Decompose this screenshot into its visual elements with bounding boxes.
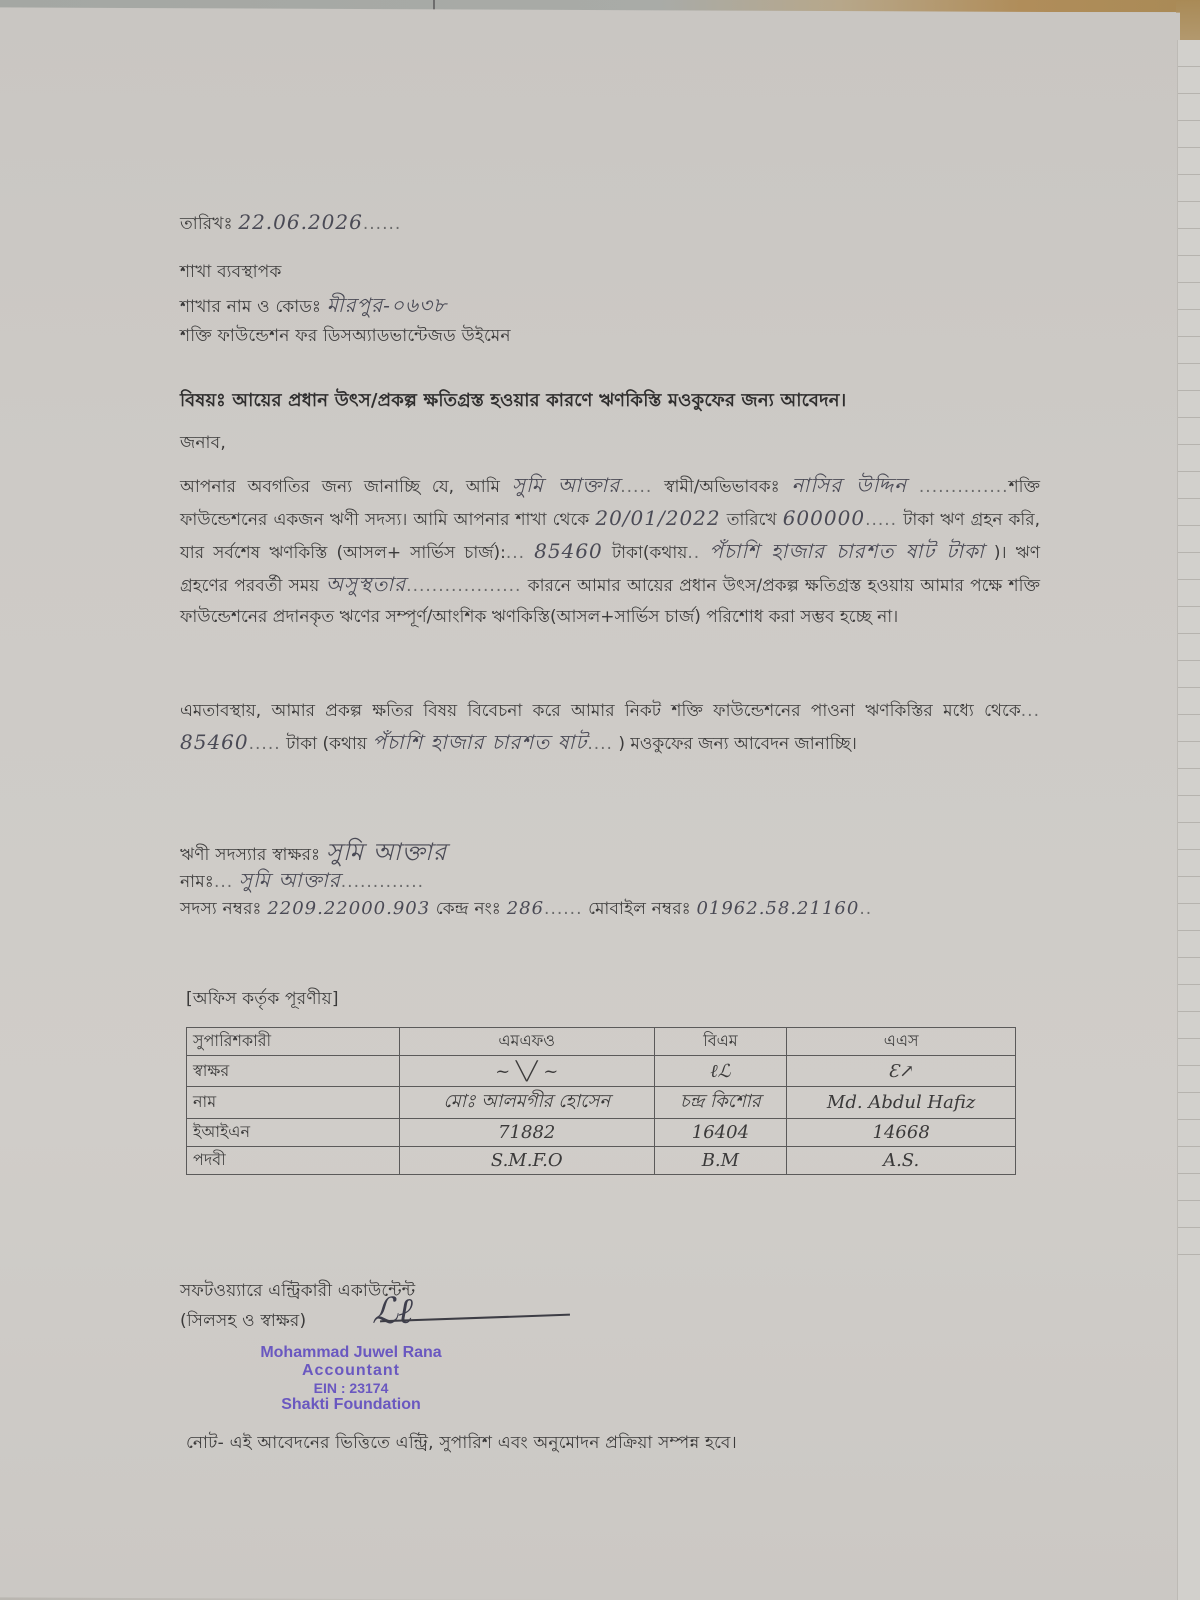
loan-date-field: 20/01/2022 <box>595 506 720 530</box>
mobile-number-value: 01962.58.21160 <box>696 898 859 919</box>
reason-field: অসুস্থতার <box>326 572 407 596</box>
member-name-field: সুমি আক্তার <box>512 473 620 497</box>
paragraph-1: আপনার অবগতির জন্য জানাচ্ছি যে, আমি সুমি … <box>180 470 1040 633</box>
member-name-line: নামঃ... সুমি আক্তার............. <box>180 866 424 899</box>
table-cell: Md. Abdul Hafiz <box>787 1087 1016 1119</box>
branch-label: শাখার নাম ও কোডঃ <box>180 297 321 317</box>
table-cell: 14668 <box>787 1119 1016 1147</box>
member-name-value: সুমি আক্তার <box>239 868 341 892</box>
table-row: স্বাক্ষর ~ ╲╱ ~ ℓℒ Ɛ↗ <box>187 1056 1016 1087</box>
stamp-name: Mohammad Juwel Rana <box>246 1344 456 1362</box>
table-cell: মোঃ আলমগীর হোসেন <box>400 1087 655 1119</box>
stamp-role: Accountant <box>246 1362 456 1380</box>
branch-line: শাখার নাম ও কোডঃ মীরপুর-০৬৩৮ <box>180 291 447 324</box>
subject-line: বিষয়ঃ আয়ের প্রধান উৎস/প্রকল্প ক্ষতিগ্র… <box>180 386 846 417</box>
document-page <box>0 7 1180 1600</box>
signature-mfo: ~ ╲╱ ~ <box>400 1056 655 1087</box>
underlying-page-edge <box>1177 40 1200 1600</box>
table-cell: 71882 <box>400 1119 655 1147</box>
member-details-line: সদস্য নম্বরঃ 2209.22000.903 কেন্দ্র নংঃ … <box>180 896 872 924</box>
table-header: সুপারিশকারী <box>187 1028 400 1056</box>
office-section-title: [অফিস কর্তৃক পূরণীয়] <box>186 986 339 1014</box>
signature-as: Ɛ↗ <box>787 1056 1016 1087</box>
date-line: তারিখঃ 22.06.2026...... <box>180 210 401 239</box>
date-label: তারিখঃ <box>180 214 233 234</box>
accountant-stamp: Mohammad Juwel Rana Accountant EIN : 231… <box>246 1344 456 1414</box>
organization-name: শক্তি ফাউন্ডেশন ফর ডিসঅ্যাডভান্টেজড উইমে… <box>180 323 511 351</box>
table-header: বিএম <box>654 1028 787 1056</box>
loan-amount-field: 600000 <box>783 506 865 530</box>
table-cell: B.M <box>654 1147 787 1175</box>
table-cell: A.S. <box>787 1147 1016 1175</box>
accountant-subtitle: (সিলসহ ও স্বাক্ষর) <box>180 1308 306 1336</box>
member-signature: সুমি আক্তার <box>326 838 447 866</box>
table-cell: S.M.F.O <box>400 1147 655 1175</box>
branch-value: মীরপুর-০৬৩৮ <box>327 293 447 317</box>
table-cell: 16404 <box>654 1119 787 1147</box>
table-header-row: সুপারিশকারী এমএফও বিএম এএস <box>187 1028 1016 1056</box>
table-cell: চন্দ্র কিশোর <box>654 1087 787 1119</box>
table-header: এএস <box>787 1028 1016 1056</box>
member-number-value: 2209.22000.903 <box>267 898 430 919</box>
guardian-name-field: নাসির উদ্দিন <box>792 473 908 497</box>
waiver-amount-field: 85460 <box>180 730 249 754</box>
center-number-value: 286 <box>507 898 544 919</box>
salutation: জনাব, <box>180 430 226 458</box>
date-value: 22.06.2026 <box>238 210 363 234</box>
paragraph-2: এমতাবস্থায়, আমার প্রকল্প ক্ষতির বিষয় ব… <box>180 696 1040 760</box>
recipient-title: শাখা ব্যবস্থাপক <box>180 259 282 287</box>
accountant-signature: ℒℓ <box>372 1290 413 1332</box>
recommendation-table: সুপারিশকারী এমএফও বিএম এএস স্বাক্ষর ~ ╲╱… <box>186 1027 1016 1175</box>
signature-bm: ℓℒ <box>654 1056 787 1087</box>
table-row: নাম মোঃ আলমগীর হোসেন চন্দ্র কিশোর Md. Ab… <box>187 1087 1016 1119</box>
table-row: পদবী S.M.F.O B.M A.S. <box>187 1147 1016 1175</box>
last-installment-words-field: পঁচাশি হাজার চারশত ষাট টাকা <box>709 539 985 563</box>
footer-note: নোট- এই আবেদনের ভিত্তিতে এন্ট্রি, সুপারি… <box>186 1430 737 1458</box>
waiver-words-field: পঁচাশি হাজার চারশত ষাট <box>372 730 587 754</box>
table-row: ইআইএন 71882 16404 14668 <box>187 1119 1016 1147</box>
table-header: এমএফও <box>400 1028 655 1056</box>
stamp-ein: EIN : 23174 <box>246 1380 456 1396</box>
last-installment-field: 85460 <box>534 539 603 563</box>
stamp-organization: Shakti Foundation <box>246 1396 456 1414</box>
